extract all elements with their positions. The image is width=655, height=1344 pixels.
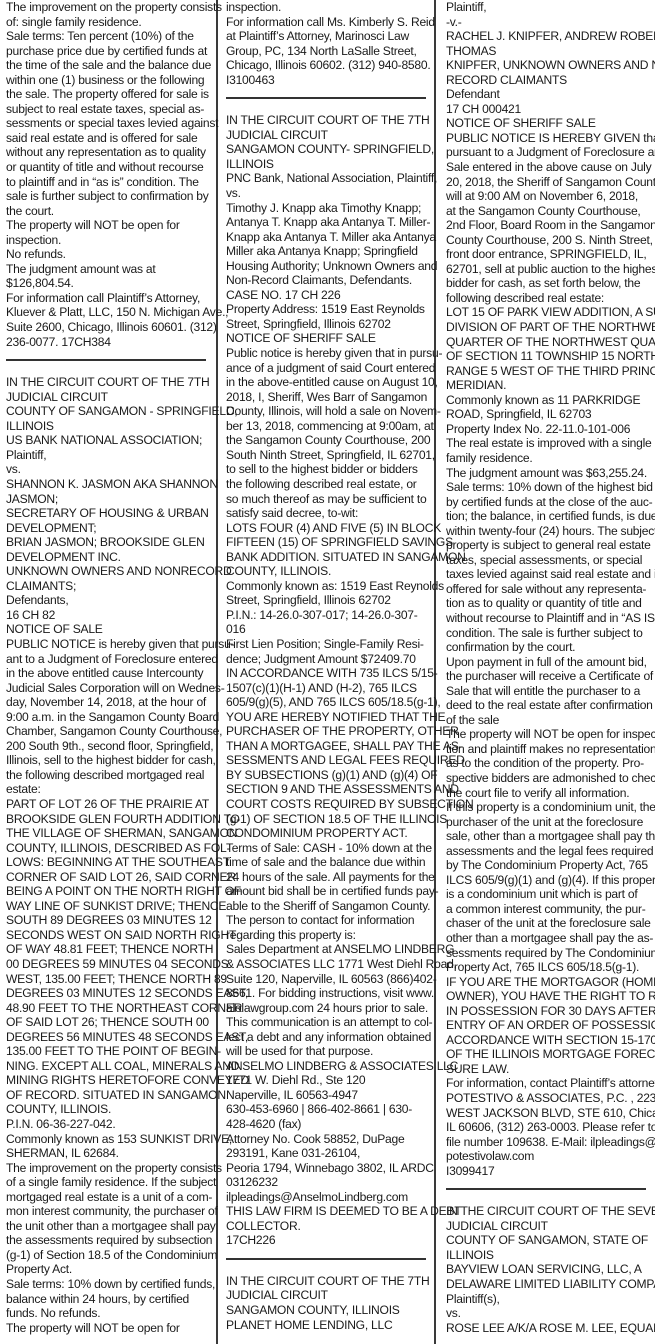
notice-text-line: chaser of the unit at the foreclosure sa…	[446, 916, 652, 931]
notice-text-line: DIVISION OF PART OF THE NORTHWEST	[446, 320, 652, 335]
legal-notice: IN THE CIRCUIT COURT OF THE 7THJUDICIAL …	[226, 1274, 432, 1332]
notice-text-line: without any representation as to quality	[6, 145, 211, 160]
notice-text-line: inspection.	[6, 233, 211, 248]
notice-text-line: ILCS 605/9(g)(1) and (g)(4). If this pro…	[446, 873, 652, 888]
notice-text-line: file number 109638. E-Mail: ilpleadings@	[446, 1135, 652, 1150]
notice-text-line: NOTICE OF SHERIFF SALE	[446, 116, 652, 131]
notice-text-line: The property will NOT be open for inspec…	[446, 727, 652, 742]
notice-text-line: (g-1) OF SECTION 18.5 OF THE ILLINOIS	[226, 812, 432, 827]
notice-text-line: family residence.	[446, 451, 652, 466]
notice-text-line: said real estate and is offered for sale	[6, 131, 211, 146]
notice-text-line: PART OF LOT 26 OF THE PRAIRIE AT	[6, 797, 211, 812]
notice-text-line: purchaser of the unit at the foreclosure	[446, 815, 652, 830]
notice-text-line: THE VILLAGE OF SHERMAN, SANGAMON	[6, 826, 211, 841]
notice-text-line: will be used for that purpose.	[226, 1044, 432, 1059]
notice-text-line: Sale terms: 10% down of the highest bid	[446, 480, 652, 495]
notice-text-line: 48.90 FEET TO THE NORTHEAST CORNER	[6, 1001, 211, 1016]
notice-text-line: NOTICE OF SHERIFF SALE	[226, 331, 432, 346]
notice-text-line: 605/9(g)(5), AND 765 ILCS 605/18.5(g-1),	[226, 695, 432, 710]
notice-text-line: The judgment amount was at	[6, 262, 211, 277]
notice-text-line: SANGAMON COUNTY, ILLINOIS	[226, 1303, 432, 1318]
notice-text-line: First Lien Position; Single-Family Resi-	[226, 637, 432, 652]
notice-text-line: ILLINOIS	[6, 419, 211, 434]
notice-text-line: 016	[226, 622, 432, 637]
notice-text-line: Sale terms: 10% down by certified funds,	[6, 1277, 211, 1292]
notice-text-line: alolawgroup.com 24 hours prior to sale.	[226, 1001, 432, 1016]
notice-text-line: IF YOU ARE THE MORTGAGOR (HOME-	[446, 975, 652, 990]
notice-text-line: Street, Springfield, Illinois 62702	[226, 317, 432, 332]
notice-text-line: the assessments required by subsection	[6, 1233, 211, 1248]
notice-text-line: ilpleadings@AnselmoLindberg.com	[226, 1190, 432, 1205]
notice-text-line: BY SUBSECTIONS (g)(1) AND (g)(4) OF	[226, 768, 432, 783]
notice-text-line: IN THE CIRCUIT COURT OF THE 7TH	[226, 113, 432, 128]
notice-separator-rule	[6, 359, 206, 361]
notice-text-line: 630-453-6960 | 866-402-8661 | 630-	[226, 1102, 432, 1117]
notice-text-line: The person to contact for information	[226, 913, 432, 928]
notice-text-line: Judicial Sales Corporation will on Wedne…	[6, 681, 211, 696]
notice-text-line: Housing Authority; Unknown Owners and	[226, 259, 432, 274]
notice-text-line: BANK ADDITION. SITUATED IN SANGAMON	[226, 550, 432, 565]
notice-text-line: WAY LINE OF SUNKIST DRIVE; THENCE	[6, 899, 211, 914]
notice-text-line: in the above entitled cause Intercounty	[6, 666, 211, 681]
notice-text-line: mortgaged real estate is a unit of a com…	[6, 1190, 211, 1205]
notice-text-line: other than a mortgagee shall pay the as-	[446, 931, 652, 946]
notice-text-line: RANGE 5 WEST OF THE THIRD PRINCIPAL	[446, 364, 652, 379]
notice-text-line: THOMAS	[446, 44, 652, 59]
notice-text-line: Knapp aka Antanya T. Miller aka Antanya	[226, 230, 432, 245]
notice-text-line: tion and plaintiff makes no representati…	[446, 742, 652, 757]
notice-text-line: IL 60606, (312) 263-0003. Please refer t…	[446, 1120, 652, 1135]
notice-separator-rule	[226, 97, 426, 99]
notice-text-line: Property Act, 765 ILCS 605/18.5(g-1).	[446, 960, 652, 975]
notice-text-line: RECORD CLAIMANTS	[446, 73, 652, 88]
notice-text-line: Property Act.	[6, 1262, 211, 1277]
notice-text-line: 16 CH 82	[6, 608, 211, 623]
notice-text-line: front door entrance, SPRINGFIELD, IL,	[446, 247, 652, 262]
legal-notice: IN THE CIRCUIT COURT OF THE 7THJUDICIAL …	[6, 375, 211, 1335]
notice-text-line: The judgment amount was $63,255.24.	[446, 466, 652, 481]
notice-text-line: lect a debt and any information obtained	[226, 1030, 432, 1045]
notice-text-line: RACHEL J. KNIPFER, ANDREW ROBERT	[446, 29, 652, 44]
notice-text-line: NING. EXCEPT ALL COAL, MINERALS AND	[6, 1059, 211, 1074]
notice-text-line: LOT 15 OF PARK VIEW ADDITION, A SUB-	[446, 305, 652, 320]
notice-text-line: the Sangamon County Courthouse, 200	[226, 433, 432, 448]
notice-text-line: Kluever & Platt, LLC, 150 N. Michigan Av…	[6, 305, 211, 320]
notice-text-line: Sale entered in the above cause on July	[446, 160, 652, 175]
notice-text-line: Chicago, Illinois 60602. (312) 940-8580.	[226, 58, 432, 73]
notice-text-line: SESSMENTS AND LEGAL FEES REQUIRED	[226, 753, 432, 768]
notice-text-line: the unit other than a mortgagee shall pa…	[6, 1219, 211, 1234]
notice-text-line: COLLECTOR.	[226, 1219, 432, 1234]
notice-text-line: sale is further subject to confirmation …	[6, 189, 211, 204]
notice-text-line: assessments and the legal fees required	[446, 844, 652, 859]
notice-text-line: JUDICIAL CIRCUIT	[226, 1288, 432, 1303]
notice-text-line: 236-0077. 17CH384	[6, 335, 211, 350]
notice-text-line: 293191, Kane 031-26104,	[226, 1146, 432, 1161]
notice-text-line: mon interest community, the purchaser of	[6, 1204, 211, 1219]
notice-text-line: the purchaser will receive a Certificate…	[446, 669, 652, 684]
notice-text-line: 8661. For bidding instructions, visit ww…	[226, 986, 432, 1001]
notice-text-line: vs.	[226, 186, 432, 201]
notice-text-line: of: single family residence.	[6, 15, 211, 30]
notice-text-line: estate:	[6, 782, 211, 797]
notice-separator-rule	[446, 1188, 646, 1190]
notice-text-line: The property will NOT be open for	[6, 218, 211, 233]
notice-text-line: For information call Ms. Kimberly S. Rei…	[226, 15, 432, 30]
notice-text-line: CASE NO. 17 CH 226	[226, 288, 432, 303]
notice-text-line: If this property is a condominium unit, …	[446, 800, 652, 815]
notice-text-line: IN THE CIRCUIT COURT OF THE SEVENTH	[446, 1204, 652, 1219]
notice-text-line: Antanya T. Knapp aka Antanya T. Miller-	[226, 215, 432, 230]
notice-text-line: day, November 14, 2018, at the hour of	[6, 695, 211, 710]
notice-text-line: 17CH226	[226, 1233, 432, 1248]
notice-text-line: COUNTY OF SANGAMON - SPRINGFIELD,	[6, 404, 211, 419]
notice-text-line: Miller aka Antanya Knapp; Springfield	[226, 244, 432, 259]
notice-text-line: the following described mortgaged real	[6, 768, 211, 783]
notice-text-line: SHERMAN, IL 62684.	[6, 1146, 211, 1161]
notice-text-line: Naperville, IL 60563-4947	[226, 1088, 432, 1103]
notice-text-line: Commonly known as: 1519 East Reynolds	[226, 579, 432, 594]
notice-text-line: Public notice is hereby given that in pu…	[226, 346, 432, 361]
notice-text-line: pursuant to a Judgment of Foreclosure an…	[446, 145, 652, 160]
notice-text-line: PNC Bank, National Association, Plaintif…	[226, 171, 432, 186]
notice-text-line: so much thereof as may be sufficient to	[226, 492, 432, 507]
notice-text-line: PUBLIC NOTICE is hereby given that pursu…	[6, 637, 211, 652]
notice-text-line: SHANNON K. JASMON AKA SHANNON	[6, 477, 211, 492]
notice-text-line: by The Condominium Property Act, 765	[446, 858, 652, 873]
notice-text-line: Sale that will entitle the purchaser to …	[446, 684, 652, 699]
notice-text-line: Commonly known as 11 PARKRIDGE	[446, 393, 652, 408]
notice-text-line: COURT COSTS REQUIRED BY SUBSECTION	[226, 797, 432, 812]
notice-text-line: UNKNOWN OWNERS AND NONRECORD	[6, 564, 211, 579]
notice-text-line: PLANET HOME LENDING, LLC	[226, 1318, 432, 1333]
notice-text-line: Street, Springfield, Illinois 62702	[226, 593, 432, 608]
notice-text-line: the court.	[6, 204, 211, 219]
notice-text-line: ber 13, 2018, commencing at 9:00am, at	[226, 419, 432, 434]
notice-text-line: QUARTER OF THE NORTHWEST QUARTER	[446, 335, 652, 350]
notice-text-line: OF SECTION 11 TOWNSHIP 15 NORTH,	[446, 349, 652, 364]
notice-text-line: The improvement on the property consists	[6, 1161, 211, 1176]
notice-text-line: taxes levied against said real estate an…	[446, 567, 652, 582]
column-2: inspection.For information call Ms. Kimb…	[226, 0, 432, 1344]
notice-text-line: South Ninth Street, Springfield, IL 6270…	[226, 448, 432, 463]
notice-text-line: confirmation by the court.	[446, 640, 652, 655]
notice-text-line: DELAWARE LIMITED LIABILITY COMPANY,	[446, 1277, 652, 1292]
notice-text-line: I3100463	[226, 73, 432, 88]
notice-text-line: DEVELOPMENT;	[6, 521, 211, 536]
notice-text-line: COUNTY OF SANGAMON, STATE OF	[446, 1233, 652, 1248]
notice-text-line: sessments or special taxes levied agains…	[6, 116, 211, 131]
notice-text-line: sessments required by The Condominium	[446, 946, 652, 961]
notice-text-line: BROOKSIDE GLEN FOURTH ADDITION TO	[6, 812, 211, 827]
notice-text-line: as to the condition of the property. Pro…	[446, 756, 652, 771]
notice-text-line: THAN A MORTGAGEE, SHALL PAY THE AS-	[226, 739, 432, 754]
notice-text-line: 62701, sell at public auction to the hig…	[446, 262, 652, 277]
notice-text-line: OF WAY 48.81 FEET; THENCE NORTH	[6, 942, 211, 957]
notice-text-line: potestivolaw.com	[446, 1149, 652, 1164]
notice-text-line: subject to real estate taxes, special as…	[6, 102, 211, 117]
notice-text-line: without recourse to Plaintiff and in “AS…	[446, 611, 652, 626]
notice-text-line: Group, PC, 134 North LaSalle Street,	[226, 44, 432, 59]
notice-text-line: tion; the balance, in certified funds, i…	[446, 509, 652, 524]
notice-text-line: a common interest community, the pur-	[446, 902, 652, 917]
notice-text-line: OF THE ILLINOIS MORTGAGE FORECLO-	[446, 1047, 652, 1062]
notice-text-line: JUDICIAL CIRCUIT	[6, 390, 211, 405]
legal-notice: inspection.For information call Ms. Kimb…	[226, 0, 432, 87]
notice-text-line: 1507(c)(1)(H-1) AND (H-2), 765 ILCS	[226, 681, 432, 696]
notice-text-line: purchase price due by certified funds at	[6, 44, 211, 59]
notice-text-line: ACCORDANCE WITH SECTION 15-1701(C)	[446, 1033, 652, 1048]
notice-text-line: sale, other than a mortgagee shall pay t…	[446, 829, 652, 844]
notice-text-line: property is subject to general real esta…	[446, 538, 652, 553]
notice-text-line: satisfy said decree, to-wit:	[226, 506, 432, 521]
notice-text-line: ROAD, Springfield, IL 62703	[446, 407, 652, 422]
notice-text-line: Property Address: 1519 East Reynolds	[226, 302, 432, 317]
notice-text-line: vs.	[446, 1306, 652, 1321]
notice-text-line: US BANK NATIONAL ASSOCIATION;	[6, 433, 211, 448]
notice-text-line: 20, 2018, the Sheriff of Sangamon County	[446, 175, 652, 190]
notice-text-line: 428-4620 (fax)	[226, 1117, 432, 1132]
notice-text-line: of the sale	[446, 713, 652, 728]
notice-text-line: P.I.N.: 14-26.0-307-017; 14-26.0-307-	[226, 608, 432, 623]
notice-text-line: IN THE CIRCUIT COURT OF THE 7TH	[6, 375, 211, 390]
notice-text-line: to plaintiff and in “as is” condition. T…	[6, 175, 211, 190]
notice-text-line: 17 CH 000421	[446, 102, 652, 117]
notice-text-line: is a condominium unit which is part of	[446, 887, 652, 902]
notice-text-line: the court file to verify all information…	[446, 786, 652, 801]
notice-text-line: 24 hours of the sale. All payments for t…	[226, 870, 432, 885]
notice-text-line: OF SAID LOT 26; THENCE SOUTH 00	[6, 1015, 211, 1030]
notice-text-line: LOTS FOUR (4) AND FIVE (5) IN BLOCK	[226, 521, 432, 536]
notice-text-line: Commonly known as 153 SUNKIST DRIVE,	[6, 1132, 211, 1147]
notice-text-line: PURCHASER OF THE PROPERTY, OTHER	[226, 724, 432, 739]
notice-text-line: Plaintiff,	[6, 448, 211, 463]
notice-text-line: IN ACCORDANCE WITH 735 ILCS 5/15-	[226, 666, 432, 681]
notice-text-line: COUNTY, ILLINOIS.	[226, 564, 432, 579]
notice-text-line: WEST JACKSON BLVD, STE 610, Chicago,	[446, 1106, 652, 1121]
notice-text-line: SANGAMON COUNTY- SPRINGFIELD,	[226, 142, 432, 157]
legal-notice: IN THE CIRCUIT COURT OF THE 7THJUDICIAL …	[226, 113, 432, 1248]
notice-text-line: inspection.	[226, 0, 432, 15]
notice-text-line: County Courthouse, 200 S. Ninth Street,	[446, 233, 652, 248]
notice-text-line: in the above-entitled cause on August 10…	[226, 375, 432, 390]
notice-separator-rule	[226, 1258, 426, 1260]
notice-text-line: The real estate is improved with a singl…	[446, 436, 652, 451]
notice-text-line: -v.-	[446, 15, 652, 30]
notice-text-line: KNIPFER, UNKNOWN OWNERS AND NON-	[446, 58, 652, 73]
notice-text-line: Timothy J. Knapp aka Timothy Knapp;	[226, 201, 432, 216]
notice-text-line: $126,804.54.	[6, 276, 211, 291]
notice-text-line: ANSELMO LINDBERG & ASSOCIATES LLC	[226, 1059, 432, 1074]
notice-text-line: SECRETARY OF HOUSING & URBAN	[6, 506, 211, 521]
notice-text-line: THIS LAW FIRM IS DEEMED TO BE A DEBT	[226, 1204, 432, 1219]
notice-text-line: condition. The sale is further subject t…	[446, 626, 652, 641]
notice-text-line: BEING A POINT ON THE NORTH RIGHT OF	[6, 884, 211, 899]
notice-text-line: JUDICIAL CIRCUIT	[226, 128, 432, 143]
notice-text-line: Sales Department at ANSELMO LINDBERG	[226, 942, 432, 957]
notice-text-line: ILLINOIS	[446, 1248, 652, 1263]
notice-text-line: The property will NOT be open for	[6, 1321, 211, 1336]
notice-text-line: or quantity of title and without recours…	[6, 160, 211, 175]
notice-text-line: offered for sale without any representa-	[446, 582, 652, 597]
notice-text-line: SECTION 9 AND THE ASSESSMENTS AND	[226, 782, 432, 797]
notice-text-line: tion as to quality or quantity of title …	[446, 596, 652, 611]
notice-text-line: IN POSSESSION FOR 30 DAYS AFTER	[446, 1004, 652, 1019]
notice-text-line: amount bid shall be in certified funds p…	[226, 884, 432, 899]
notice-text-line: No refunds.	[6, 247, 211, 262]
notice-text-line: able to the Sheriff of Sangamon County.	[226, 899, 432, 914]
notice-text-line: vs.	[6, 462, 211, 477]
notice-text-line: YOU ARE HEREBY NOTIFIED THAT THE	[226, 710, 432, 725]
notice-text-line: within twenty-four (24) hours. The subje…	[446, 524, 652, 539]
notice-text-line: BRIAN JASMON; BROOKSIDE GLEN	[6, 535, 211, 550]
notice-text-line: 135.00 FEET TO THE POINT OF BEGIN-	[6, 1044, 211, 1059]
notice-text-line: Upon payment in full of the amount bid,	[446, 655, 652, 670]
notice-text-line: the sale. The property offered for sale …	[6, 87, 211, 102]
notice-text-line: bidder for cash, as set forth below, the	[446, 276, 652, 291]
notice-text-line: Suite 2600, Chicago, Illinois 60601. (31…	[6, 320, 211, 335]
notice-text-line: JUDICIAL CIRCUIT	[446, 1219, 652, 1234]
notice-text-line: SOUTH 89 DEGREES 03 MINUTES 12	[6, 913, 211, 928]
notice-text-line: Suite 120, Naperville, IL 60563 (866)402…	[226, 972, 432, 987]
notice-text-line: Plaintiff(s),	[446, 1292, 652, 1307]
notice-text-line: JASMON;	[6, 492, 211, 507]
notice-text-line: time of sale and the balance due within	[226, 855, 432, 870]
notice-text-line: dence; Judgment Amount $72409.70	[226, 652, 432, 667]
notice-text-line: at the Sangamon County Courthouse,	[446, 204, 652, 219]
notice-text-line: FIFTEEN (15) OF SPRINGFIELD SAVINGS	[226, 535, 432, 550]
notice-text-line: taxes, special assessments, or special	[446, 553, 652, 568]
notice-text-line: ENTRY OF AN ORDER OF POSSESSION, IN	[446, 1018, 652, 1033]
notice-text-line: ROSE LEE A/K/A ROSE M. LEE, EQUABLE	[446, 1321, 652, 1336]
notice-text-line: BAYVIEW LOAN SERVICING, LLC, A	[446, 1262, 652, 1277]
notice-text-line: & ASSOCIATES LLC 1771 West Diehl Road,	[226, 957, 432, 972]
notice-text-line: 00 DEGREES 59 MINUTES 04 SECONDS	[6, 957, 211, 972]
notice-text-line: PUBLIC NOTICE IS HEREBY GIVEN that	[446, 131, 652, 146]
column-3: Plaintiff,-v.-RACHEL J. KNIPFER, ANDREW …	[446, 0, 652, 1344]
notice-text-line: This communication is an attempt to col-	[226, 1015, 432, 1030]
notice-text-line: Peoria 1794, Winnebago 3802, IL ARDC	[226, 1161, 432, 1176]
notice-text-line: of a single family residence. If the sub…	[6, 1175, 211, 1190]
notice-text-line: COUNTY, ILLINOIS.	[6, 1102, 211, 1117]
notice-text-line: 2nd Floor, Board Room in the Sangamon	[446, 218, 652, 233]
notice-text-line: Defendants,	[6, 593, 211, 608]
notice-text-line: I3099417	[446, 1164, 652, 1179]
notice-text-line: Plaintiff,	[446, 0, 652, 15]
notice-text-line: P.I.N. 06-36-227-042.	[6, 1117, 211, 1132]
notice-text-line: IN THE CIRCUIT COURT OF THE 7TH	[226, 1274, 432, 1289]
notice-text-line: POTESTIVO & ASSOCIATES, P.C. , 223	[446, 1091, 652, 1106]
notice-text-line: ant to a Judgment of Foreclosure entered	[6, 652, 211, 667]
notice-text-line: 03126232	[226, 1175, 432, 1190]
notice-text-line: Terms of Sale: CASH - 10% down at the	[226, 841, 432, 856]
notice-text-line: will at 9:00 AM on November 6, 2018,	[446, 189, 652, 204]
notice-text-line: at Plaintiff’s Attorney, Marinosci Law	[226, 29, 432, 44]
notice-text-line: For information, contact Plaintiff’s att…	[446, 1076, 652, 1091]
notice-text-line: to sell to the highest bidder or bidders	[226, 462, 432, 477]
notice-text-line: DEGREES 03 MINUTES 12 SECONDS EAST,	[6, 986, 211, 1001]
notice-text-line: Defendant	[446, 87, 652, 102]
notice-text-line: For information call Plaintiff’s Attorne…	[6, 291, 211, 306]
notice-text-line: DEGREES 56 MINUTES 48 SECONDS EAST,	[6, 1030, 211, 1045]
notice-text-line: Sale terms: Ten percent (10%) of the	[6, 29, 211, 44]
notice-text-line: 200 South 9th., second floor, Springfiel…	[6, 739, 211, 754]
notice-text-line: SECONDS WEST ON SAID NORTH RIGHT	[6, 928, 211, 943]
notice-text-line: regarding this property is:	[226, 928, 432, 943]
notice-text-line: LOWS: BEGINNING AT THE SOUTHEAST	[6, 855, 211, 870]
notice-text-line: CONDOMINIUM PROPERTY ACT.	[226, 826, 432, 841]
notice-text-line: COUNTY, ILLINOIS, DESCRIBED AS FOL-	[6, 841, 211, 856]
notice-text-line: Illinois, sell to the highest bidder for…	[6, 753, 211, 768]
notice-text-line: deed to the real estate after confirmati…	[446, 698, 652, 713]
notice-text-line: OF RECORD. SITUATED IN SANGAMON	[6, 1088, 211, 1103]
notice-text-line: within one (1) business or the following	[6, 73, 211, 88]
notice-text-line: the time of the sale and the balance due	[6, 58, 211, 73]
legal-notices-page: The improvement on the property consists…	[0, 0, 655, 1344]
notice-text-line: Attorney No. Cook 58852, DuPage	[226, 1132, 432, 1147]
notice-text-line: CORNER OF SAID LOT 26, SAID CORNER	[6, 870, 211, 885]
notice-text-line: MINING RIGHTS HERETOFORE CONVEYED	[6, 1073, 211, 1088]
notice-text-line: CLAIMANTS;	[6, 579, 211, 594]
notice-text-line: funds. No refunds.	[6, 1306, 211, 1321]
notice-text-line: following described real estate:	[446, 291, 652, 306]
notice-text-line: (g-1) of Section 18.5 of the Condominium	[6, 1248, 211, 1263]
notice-text-line: ance of a judgment of said Court entered	[226, 361, 432, 376]
notice-text-line: WEST, 135.00 FEET; THENCE NORTH 89	[6, 972, 211, 987]
notice-text-line: The improvement on the property consists	[6, 0, 211, 15]
notice-text-line: balance within 24 hours, by certified	[6, 1292, 211, 1307]
column-1: The improvement on the property consists…	[6, 0, 211, 1344]
notice-text-line: NOTICE OF SALE	[6, 622, 211, 637]
notice-text-line: Chamber, Sangamon County Courthouse,	[6, 724, 211, 739]
legal-notice: IN THE CIRCUIT COURT OF THE SEVENTHJUDIC…	[446, 1204, 652, 1335]
legal-notice: Plaintiff,-v.-RACHEL J. KNIPFER, ANDREW …	[446, 0, 652, 1178]
notice-text-line: 9:00 a.m. in the Sangamon County Board	[6, 710, 211, 725]
notice-text-line: Non-Record Claimants, Defendants.	[226, 273, 432, 288]
notice-text-line: spective bidders are admonished to check	[446, 771, 652, 786]
notice-text-line: Property Index No. 22-11.0-101-006	[446, 422, 652, 437]
notice-text-line: County, Illinois, will hold a sale on No…	[226, 404, 432, 419]
notice-text-line: SURE LAW.	[446, 1062, 652, 1077]
notice-text-line: the following described real estate, or	[226, 477, 432, 492]
notice-text-line: by certified funds at the close of the a…	[446, 495, 652, 510]
legal-notice: The improvement on the property consists…	[6, 0, 211, 349]
notice-text-line: 1771 W. Diehl Rd., Ste 120	[226, 1073, 432, 1088]
notice-text-line: DEVELOPMENT INC.	[6, 550, 211, 565]
notice-text-line: ILLINOIS	[226, 157, 432, 172]
notice-text-line: 2018, I, Sheriff, Wes Barr of Sangamon	[226, 390, 432, 405]
notice-text-line: OWNER), YOU HAVE THE RIGHT TO REMAIN	[446, 989, 652, 1004]
notice-text-line: MERIDIAN.	[446, 378, 652, 393]
